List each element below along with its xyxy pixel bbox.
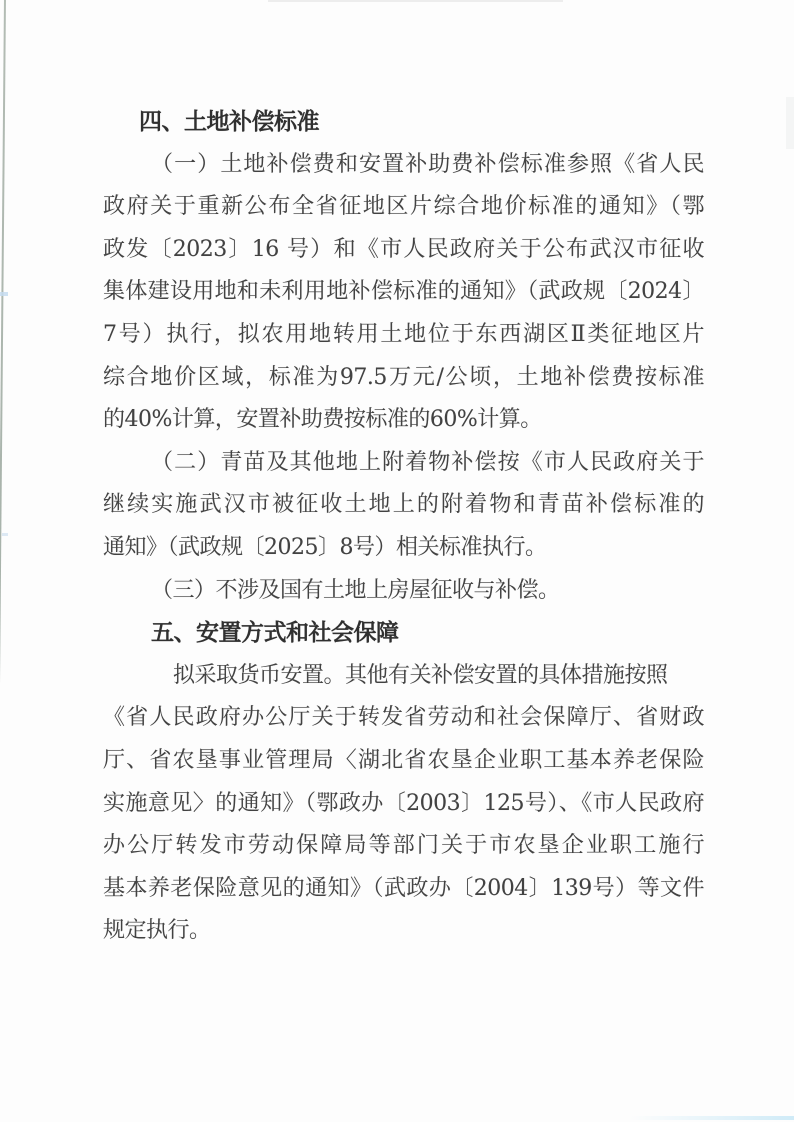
scan-left-edge-tick-icon [0, 292, 8, 296]
scanned-document-page: 四、土地补偿标准（一）土地补偿费和安置补助费补偿标准参照《省人民政府关于重新公布… [0, 0, 794, 1122]
scan-left-edge-line [0, 0, 6, 1122]
scan-left-edge-tick-icon [2, 533, 8, 536]
paragraph-line: 的40%计算，安置补助费按标准的60%计算。 [103, 399, 704, 442]
paragraph-line: 继续实施武汉市被征收土地上的附着物和青苗补偿标准的 [103, 484, 704, 527]
paragraph-line: 综合地价区域，标准为97.5万元/公顷，土地补偿费按标准 [103, 357, 704, 400]
paragraph-line: 实施意见〉的通知》（鄂政办〔2003〕125号）、《市人民政府 [103, 783, 704, 826]
paragraph-line: 7号）执行，拟农用地转用土地位于东西湖区Ⅱ类征地区片 [103, 314, 704, 357]
paragraph-line: 基本养老保险意见的通知》（武政办〔2004〕139号）等文件 [103, 868, 704, 911]
paragraph-line: 政发〔2023〕16 号）和《市人民政府关于公布武汉市征收 [103, 229, 704, 272]
section-heading: 五、安置方式和社会保障 [103, 612, 704, 655]
paragraph-line: 通知》（武政规〔2025〕8号）相关标准执行。 [103, 527, 704, 570]
scan-bottom-edge-streak [630, 1116, 794, 1120]
paragraph-line: （一）土地补偿费和安置补助费补偿标准参照《省人民 [103, 144, 704, 187]
section-heading: 四、土地补偿标准 [103, 101, 704, 144]
scan-right-edge-patch [786, 97, 794, 149]
paragraph-line: 集体建设用地和未利用地补偿标准的通知》（武政规〔2024〕 [103, 271, 704, 314]
paragraph-line: 规定执行。 [103, 910, 704, 953]
scan-top-edge-shadow [268, 0, 563, 2]
paragraph-line: 政府关于重新公布全省征地区片综合地价标准的通知》（鄂 [103, 186, 704, 229]
document-text-block: 四、土地补偿标准（一）土地补偿费和安置补助费补偿标准参照《省人民政府关于重新公布… [103, 101, 704, 953]
paragraph-line: 厅、省农垦事业管理局〈湖北省农垦企业职工基本养老保险 [103, 740, 704, 783]
paragraph-line: 办公厅转发市劳动保障局等部门关于市农垦企业职工施行 [103, 825, 704, 868]
paragraph-line: 拟采取货币安置。其他有关补偿安置的具体措施按照 [103, 655, 704, 698]
paragraph-line: 《省人民政府办公厅关于转发省劳动和社会保障厅、省财政 [103, 697, 704, 740]
paragraph-line: （二）青苗及其他地上附着物补偿按《市人民政府关于 [103, 442, 704, 485]
paragraph-line: （三）不涉及国有土地上房屋征收与补偿。 [103, 570, 704, 613]
